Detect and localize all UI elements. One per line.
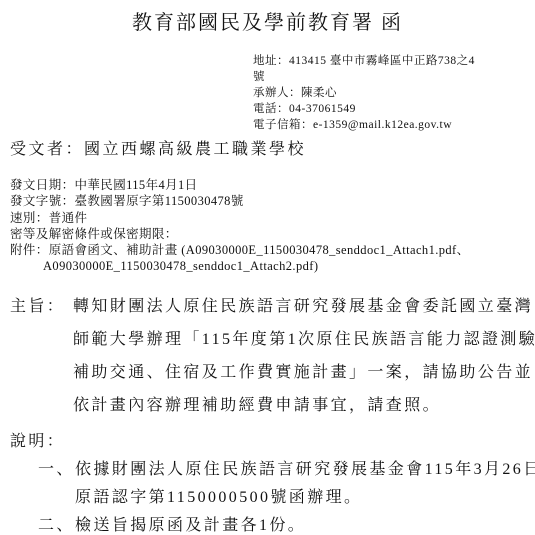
attachment-line: A09030000E_1150030478_senddoc1_Attach2.p…: [10, 258, 470, 274]
recipient-line: 受文者：國立西螺高級農工職業學校: [10, 139, 306, 161]
security-class-line: 密等及解密條件或保密期限：: [10, 226, 470, 242]
sender-address-line: 地址：413415 臺中市霧峰區中正路738之4: [253, 53, 475, 69]
subject-section: 主旨： 轉知財團法人原住民族語言研究發展基金會委託國立臺灣 師範大學辦理「115…: [10, 290, 535, 422]
explanation-item: 二、 檢送旨揭原函及計畫各1份。: [38, 512, 535, 535]
explanation-item-body: 依據財團法人原住民族語言研究發展基金會115年3月26日 原語認字第115000…: [75, 456, 535, 512]
explanation-item: 一、 依據財團法人原住民族語言研究發展基金會115年3月26日 原語認字第115…: [38, 456, 535, 512]
explanation-item-body: 檢送旨揭原函及計畫各1份。: [75, 512, 306, 535]
explanation-line: 原語認字第1150000500號函辦理。: [75, 484, 535, 512]
subject-line: 依計畫內容辦理補助經費申請事宜，請查照。: [73, 389, 535, 422]
sender-phone: 電話：04-37061549: [253, 101, 475, 117]
document-meta-block: 發文日期：中華民國115年4月1日 發文字號：臺教國署原字第1150030478…: [10, 177, 470, 275]
speed-class-line: 速別：普通件: [10, 210, 470, 226]
explanation-line: 檢送旨揭原函及計畫各1份。: [75, 512, 306, 535]
explanation-section: 說明： 一、 依據財團法人原住民族語言研究發展基金會115年3月26日 原語認字…: [10, 428, 535, 535]
issue-date-line: 發文日期：中華民國115年4月1日: [10, 177, 470, 193]
official-letter-document: 教育部國民及學前教育署 函 地址：413415 臺中市霧峰區中正路738之4 號…: [0, 0, 535, 535]
sender-address-line: 號: [253, 69, 475, 85]
explanation-item-number: 一、: [38, 456, 75, 512]
subject-label: 主旨：: [10, 290, 73, 422]
doc-number-line: 發文字號：臺教國署原字第1150030478號: [10, 193, 470, 209]
subject-body: 轉知財團法人原住民族語言研究發展基金會委託國立臺灣 師範大學辦理「115年度第1…: [73, 290, 535, 422]
explanation-line: 依據財團法人原住民族語言研究發展基金會115年3月26日: [75, 456, 535, 484]
subject-line: 補助交通、住宿及工作費實施計畫」一案，請協助公告並: [73, 356, 535, 389]
sender-contact-block: 地址：413415 臺中市霧峰區中正路738之4 號 承辦人：陳柔心 電話：04…: [253, 53, 475, 133]
explanation-item-number: 二、: [38, 512, 75, 535]
sender-contact-person: 承辦人：陳柔心: [253, 85, 475, 101]
sender-email: 電子信箱：e-1359@mail.k12ea.gov.tw: [253, 117, 475, 133]
document-title: 教育部國民及學前教育署 函: [0, 10, 535, 36]
attachment-line: 附件：原語會函文、補助計畫 (A09030000E_1150030478_sen…: [10, 242, 470, 258]
subject-line: 師範大學辦理「115年度第1次原住民族語言能力認證測驗: [73, 323, 535, 356]
subject-line: 轉知財團法人原住民族語言研究發展基金會委託國立臺灣: [73, 290, 535, 323]
explanation-heading: 說明：: [10, 428, 535, 456]
